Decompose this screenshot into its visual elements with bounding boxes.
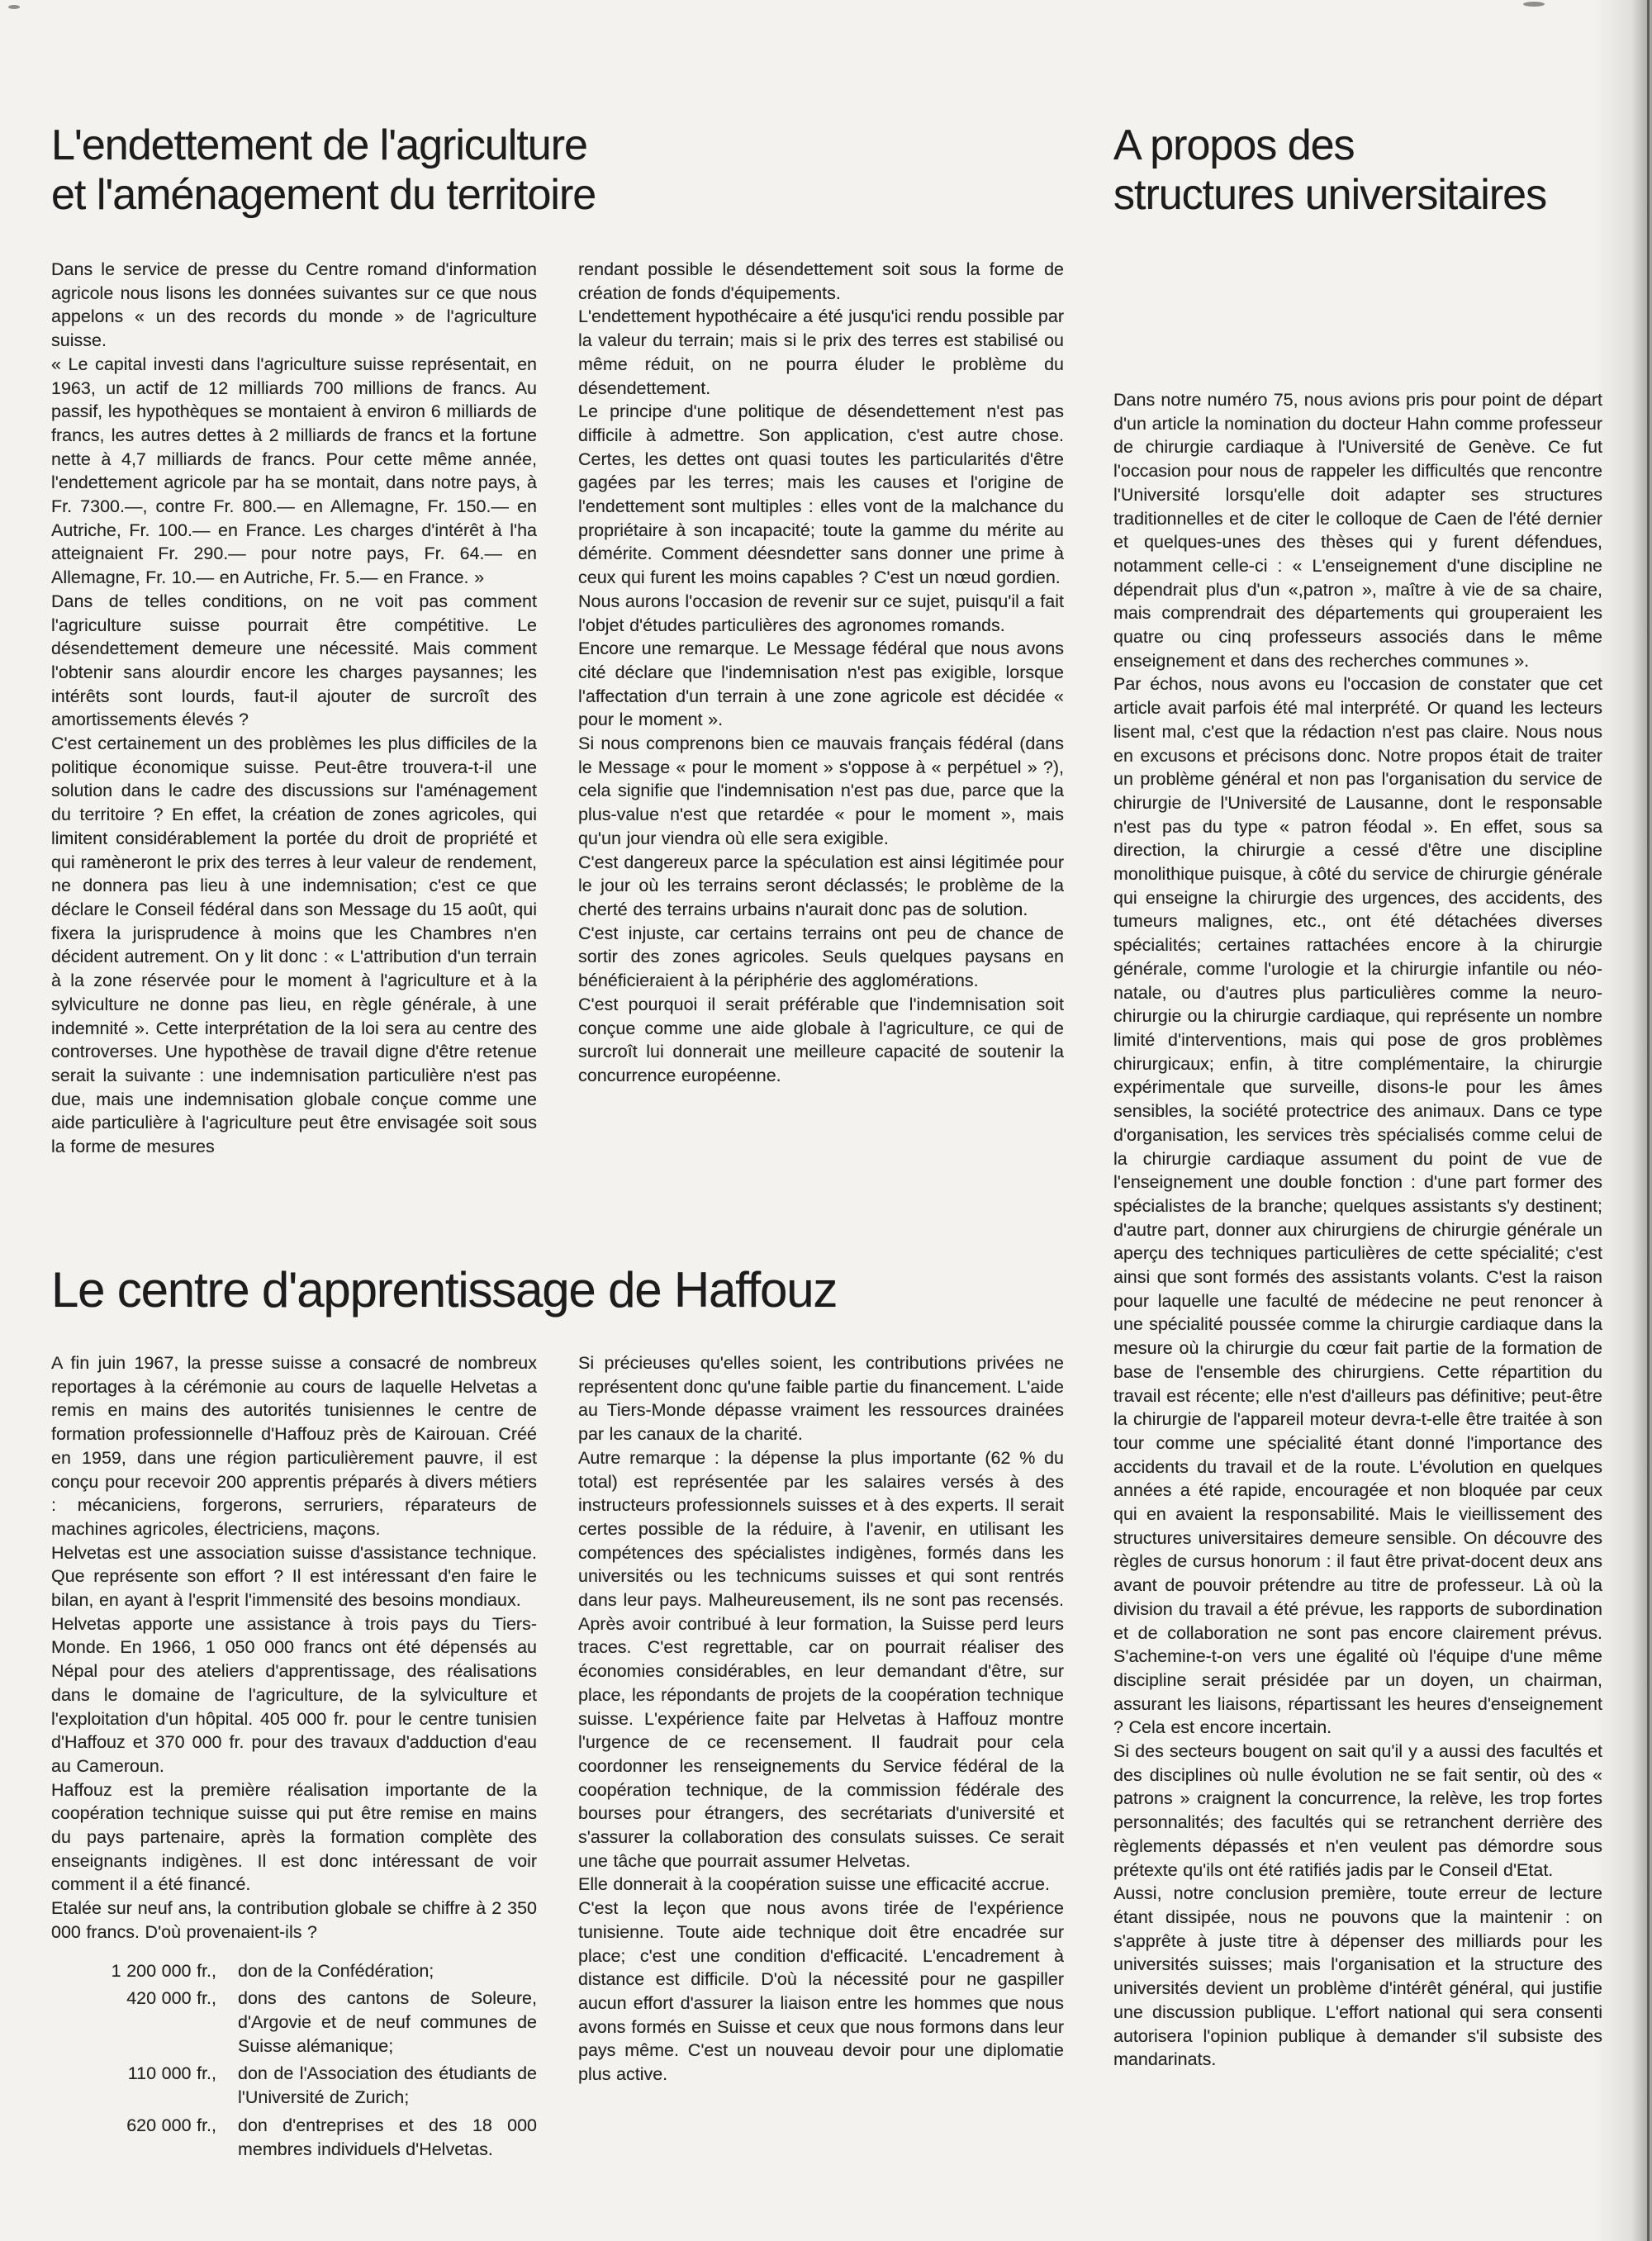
scan-edge-shadow [1594,0,1652,2241]
paragraph: Le principe d'une politique de désendett… [578,400,1064,590]
scan-edge-line [1647,0,1650,2241]
paragraph: Si nous comprenons bien ce mauvais franç… [578,732,1064,851]
scan-speck [1523,2,1545,7]
paragraph: C'est pourquoi il serait préférable que … [578,993,1064,1088]
contribution-description: dons des cantons de Soleure, d'Argovie e… [238,1987,537,2058]
endettement-column-1: Dans le service de presse du Centre roma… [51,258,537,1275]
paragraph: Helvetas apporte une assistance à trois … [51,1612,537,1778]
contribution-amount: 420 000 fr., [51,1987,216,2058]
paragraph: rendant possible le désendettement soit … [578,258,1064,305]
paragraph: L'endettement hypothécaire a été jusqu'i… [578,305,1064,400]
paragraph: Si des secteurs bougent on sait qu'il y … [1113,1740,1602,1882]
paragraph: Par échos, nous avons eu l'occasion de c… [1113,672,1602,1740]
contribution-description: don d'entreprises et des 18 000 membres … [238,2114,537,2161]
paragraph: C'est injuste, car certains terrains ont… [578,922,1064,993]
haffouz-column-2: Si précieuses qu'elles soient, les contr… [578,1351,1064,2241]
contribution-row: 620 000 fr., don d'entreprises et des 18… [51,2114,537,2161]
contribution-row: 110 000 fr., don de l'Association des ét… [51,2062,537,2109]
headline-line: L'endettement de l'agriculture [51,121,596,170]
paragraph: Nous aurons l'occasion de revenir sur ce… [578,590,1064,637]
contribution-row: 420 000 fr., dons des cantons de Soleure… [51,1987,537,2058]
endettement-headline: L'endettement de l'agriculture et l'amén… [51,121,596,220]
haffouz-column-1: A fin juin 1967, la presse suisse a cons… [51,1351,537,2241]
contribution-description: don de l'Association des étudiants de l'… [238,2062,537,2109]
paragraph: Helvetas est une association suisse d'as… [51,1541,537,1612]
paragraph: Aussi, notre conclusion première, toute … [1113,1882,1602,2072]
contributions-list: 1 200 000 fr., don de la Confédération; … [51,1959,537,2162]
headline-line: Le centre d'apprentissage de Haffouz [51,1262,837,1318]
paragraph: Haffouz est la première réalisation impo… [51,1778,537,1897]
endettement-column-2: rendant possible le désendettement soit … [578,258,1064,1275]
page: L'endettement de l'agriculture et l'amén… [0,0,1652,2241]
paragraph: Dans de telles conditions, on ne voit pa… [51,590,537,732]
paragraph: Si précieuses qu'elles soient, les contr… [578,1351,1064,1446]
haffouz-headline: Le centre d'apprentissage de Haffouz [51,1262,837,1318]
headline-line: structures universitaires [1113,170,1546,220]
paragraph: « Le capital investi dans l'agriculture … [51,353,537,590]
paragraph: Dans notre numéro 75, nous avions pris p… [1113,388,1602,672]
paragraph: Dans le service de presse du Centre roma… [51,258,537,353]
contribution-row: 1 200 000 fr., don de la Confédération; [51,1959,537,1983]
contribution-amount: 110 000 fr., [51,2062,216,2109]
contribution-amount: 620 000 fr., [51,2114,216,2161]
paragraph: Encore une remarque. Le Message fédéral … [578,637,1064,732]
paragraph: A fin juin 1967, la presse suisse a cons… [51,1351,537,1541]
universites-headline: A propos des structures universitaires [1113,121,1546,220]
paragraph: Autre remarque : la dépense la plus impo… [578,1446,1064,1873]
contribution-amount: 1 200 000 fr., [51,1959,216,1983]
headline-line: A propos des [1113,121,1546,170]
headline-line: et l'aménagement du territoire [51,170,596,220]
paragraph: C'est la leçon que nous avons tirée de l… [578,1897,1064,2087]
universites-column: Dans notre numéro 75, nous avions pris p… [1113,388,1602,2241]
paragraph: Etalée sur neuf ans, la contribution glo… [51,1897,537,1944]
contribution-description: don de la Confédération; [238,1959,537,1983]
haffouz-paragraphs: A fin juin 1967, la presse suisse a cons… [51,1351,537,1944]
paragraph: Elle donnerait à la coopération suisse u… [578,1873,1064,1897]
scan-speck [8,5,20,9]
paragraph: C'est dangereux parce la spéculation est… [578,851,1064,922]
paragraph: C'est certainement un des problèmes les … [51,732,537,1159]
